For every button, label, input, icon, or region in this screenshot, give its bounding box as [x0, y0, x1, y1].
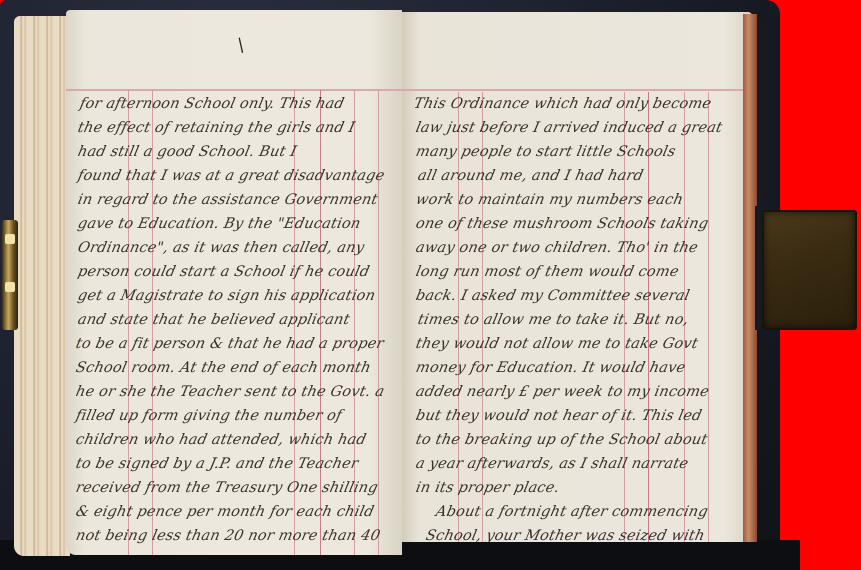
top-rule [66, 89, 402, 91]
text-line: but they would not hear of it. This led [414, 408, 703, 424]
page-edges [14, 16, 70, 556]
text-line: person could start a School if he could [76, 264, 371, 280]
text-line: the effect of retaining the girls and I [76, 120, 356, 136]
text-line: get a Magistrate to sign his application [76, 288, 377, 304]
text-line: they would not allow me to take Govt [414, 336, 699, 352]
text-line: away one or two children. Tho' in the [414, 240, 699, 256]
text-line: many people to start little Schools [414, 144, 677, 160]
text-line: not being less than 20 nor more than 40 [74, 528, 381, 544]
text-line: money for Education. It would have [414, 360, 687, 376]
text-line: About a fortnight after commencing [434, 504, 709, 520]
text-line: long run most of them would come [414, 264, 680, 280]
text-line: work to maintain my numbers each [414, 192, 684, 208]
text-line: added nearly £ per week to my income [414, 384, 710, 400]
text-line: School room. At the end of each month [74, 360, 372, 376]
text-line: one of these mushroom Schools taking [414, 216, 710, 232]
text-line: found that I was at a great disadvantage [76, 168, 386, 184]
text-line: in its proper place. [414, 480, 561, 496]
text-line: to the breaking up of the School about [414, 432, 709, 448]
text-line: to be signed by a J.P. and the Teacher [74, 456, 359, 472]
text-line: gave to Education. By the "Education [76, 216, 362, 232]
text-line: law just before I arrived induced a grea… [414, 120, 724, 136]
text-line: had still a good School. But I [76, 144, 298, 160]
text-line: he or she the Teacher sent to the Govt. … [74, 384, 386, 400]
text-line: received from the Treasury One shilling [74, 480, 379, 496]
text-line: Ordinance", as it was then called, any [76, 240, 366, 256]
text-line: and state that he believed applicant [76, 312, 351, 328]
top-rule [402, 89, 752, 91]
text-line: times to allow me to take it. But no, [416, 312, 690, 328]
text-line: for afternoon School only. This had [78, 96, 345, 112]
brass-clasp-icon [762, 210, 857, 330]
text-line: School, your Mother was seized with [424, 528, 706, 542]
text-line: children who had attended, which had [74, 432, 367, 448]
text-line: to be a fit person & that he had a prope… [74, 336, 385, 352]
text-line: a year afterwards, as I shall narrate [414, 456, 690, 472]
text-line: & eight pence per month for each child [74, 504, 375, 520]
clasp-hinge-icon [2, 220, 18, 330]
text-line: This Ordinance which had only become [412, 96, 713, 112]
text-line: all around me, and I had hard [416, 168, 644, 184]
text-line: filled up form giving the number of [74, 408, 343, 424]
right-page: This Ordinance which had only become law… [402, 12, 752, 542]
text-line: in regard to the assistance Government [76, 192, 379, 208]
top-mark: / [233, 35, 249, 56]
left-page: / for afternoon School only. This had th… [66, 10, 402, 555]
text-line: back. I asked my Committee several [414, 288, 691, 304]
ruling-line [708, 92, 709, 542]
